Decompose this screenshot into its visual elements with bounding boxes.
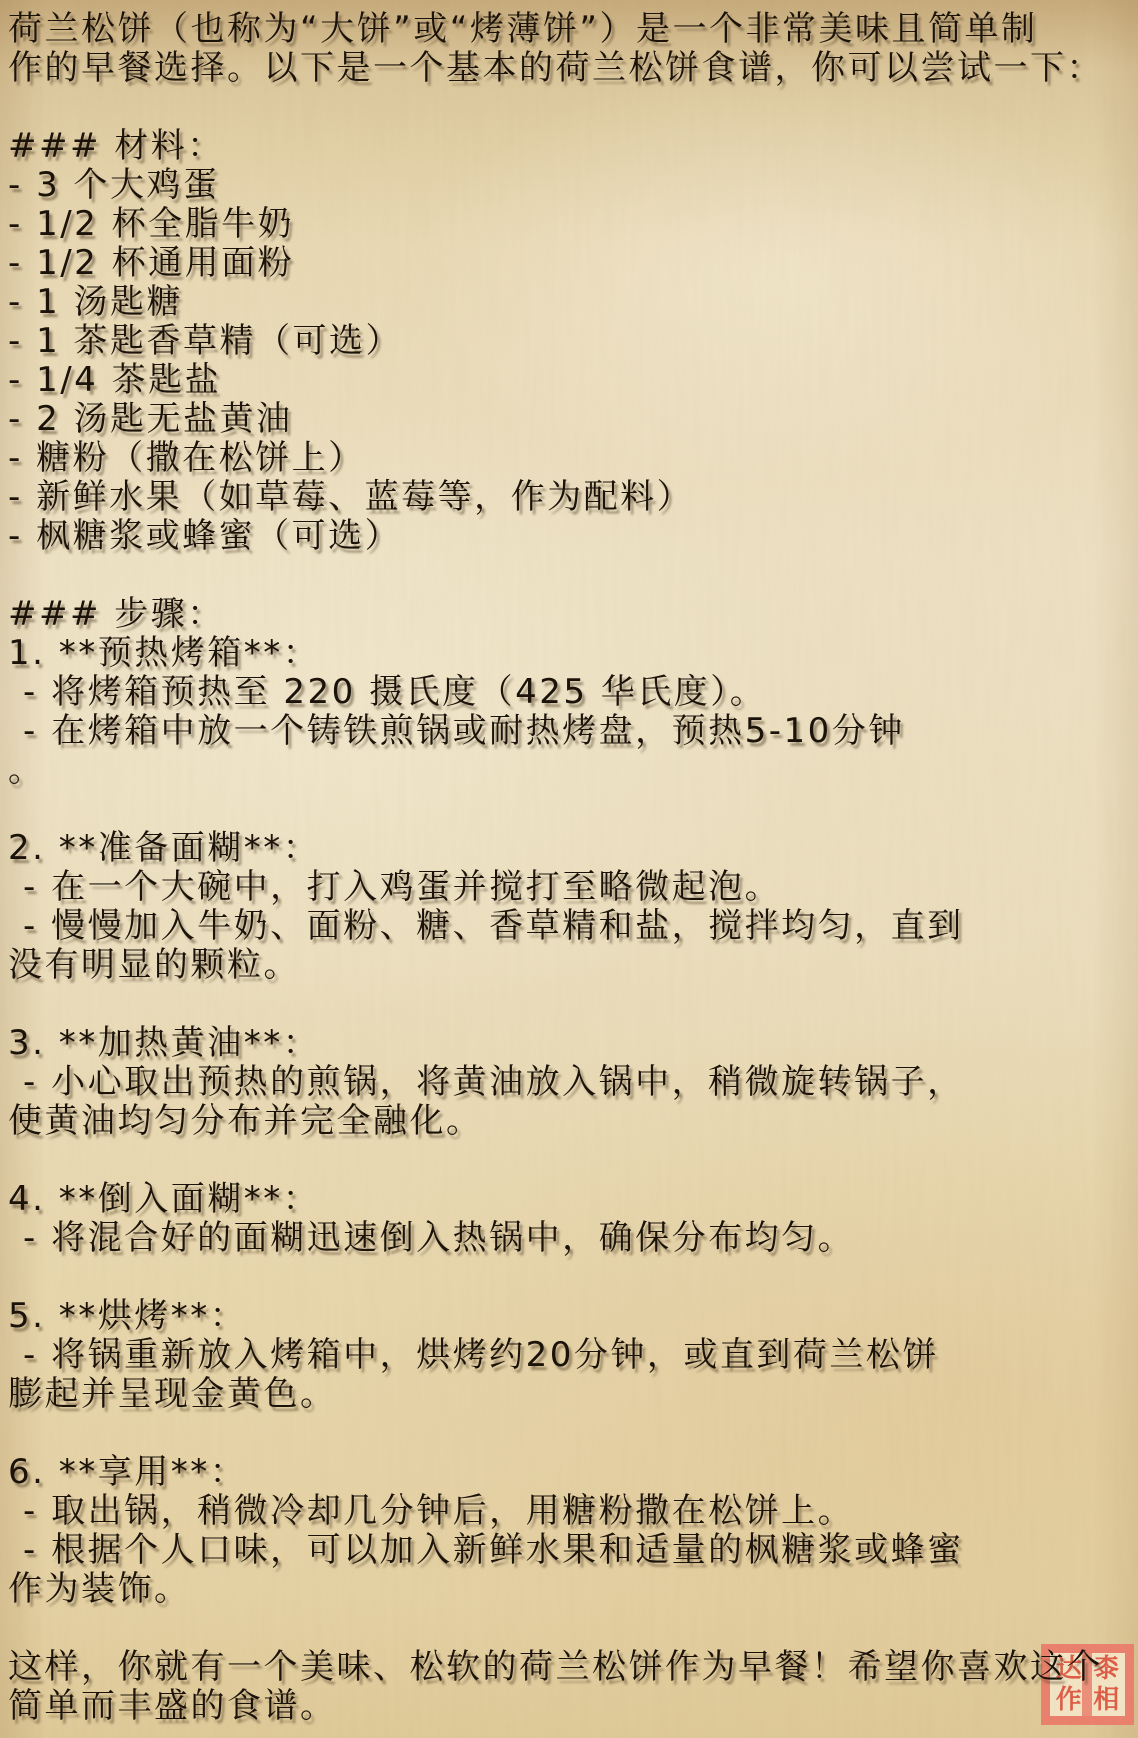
blank-line [8,88,1138,127]
blank-line [8,790,1138,829]
text-line: ### 材料： [8,127,1138,166]
text-line: - 将混合好的面糊迅速倒入热锅中，确保分布均匀。 [8,1219,1138,1258]
text-line: 3. **加热黄油**： [8,1024,1138,1063]
text-line: - 将烤箱预热至 220 摄氏度（425 华氏度）。 [8,673,1138,712]
text-line: 荷兰松饼（也称为“大饼”或“烤薄饼”）是一个非常美味且简单制 [8,10,1138,49]
text-line: 。 [8,751,1138,790]
text-line: - 取出锅，稍微冷却几分钟后，用糖粉撒在松饼上。 [8,1492,1138,1531]
text-line: - 枫糖浆或蜂蜜（可选） [8,517,1138,556]
text-line: - 在一个大碗中，打入鸡蛋并搅打至略微起泡。 [8,868,1138,907]
text-line: - 新鲜水果（如草莓、蓝莓等，作为配料） [8,478,1138,517]
blank-line [8,556,1138,595]
blank-line [8,1258,1138,1297]
text-line: - 1/2 杯全脂牛奶 [8,205,1138,244]
text-line: 作的早餐选择。以下是一个基本的荷兰松饼食谱，你可以尝试一下： [8,49,1138,88]
text-line: - 糖粉（撒在松饼上） [8,439,1138,478]
text-line: 6. **享用**： [8,1453,1138,1492]
text-line: - 将锅重新放入烤箱中，烘烤约20分钟，或直到荷兰松饼 [8,1336,1138,1375]
parchment-page: 达 桼 作 相 荷兰松饼（也称为“大饼”或“烤薄饼”）是一个非常美味且简单制作的… [0,0,1138,1738]
text-line: 5. **烘烤**： [8,1297,1138,1336]
text-line: 使黄油均匀分布并完全融化。 [8,1102,1138,1141]
text-line: - 3 个大鸡蛋 [8,166,1138,205]
text-line: - 在烤箱中放一个铸铁煎锅或耐热烤盘，预热5-10分钟 [8,712,1138,751]
text-line: - 1/2 杯通用面粉 [8,244,1138,283]
text-line: - 2 汤匙无盐黄油 [8,400,1138,439]
text-line: - 1/4 茶匙盐 [8,361,1138,400]
blank-line [8,985,1138,1024]
blank-line [8,1141,1138,1180]
text-line: - 1 汤匙糖 [8,283,1138,322]
text-line: 1. **预热烤箱**： [8,634,1138,673]
text-line: 膨起并呈现金黄色。 [8,1375,1138,1414]
text-line: 这样，你就有一个美味、松软的荷兰松饼作为早餐！希望你喜欢这个 [8,1648,1138,1687]
recipe-text: 荷兰松饼（也称为“大饼”或“烤薄饼”）是一个非常美味且简单制作的早餐选择。以下是… [8,10,1138,1726]
blank-line [8,1414,1138,1453]
text-line: 4. **倒入面糊**： [8,1180,1138,1219]
text-line: 没有明显的颗粒。 [8,946,1138,985]
text-line: 作为装饰。 [8,1570,1138,1609]
text-line: 简单而丰盛的食谱。 [8,1687,1138,1726]
text-line: - 根据个人口味，可以加入新鲜水果和适量的枫糖浆或蜂蜜 [8,1531,1138,1570]
blank-line [8,1609,1138,1648]
text-line: 2. **准备面糊**： [8,829,1138,868]
text-line: - 小心取出预热的煎锅，将黄油放入锅中，稍微旋转锅子， [8,1063,1138,1102]
text-line: - 慢慢加入牛奶、面粉、糖、香草精和盐，搅拌均匀，直到 [8,907,1138,946]
text-line: - 1 茶匙香草精（可选） [8,322,1138,361]
text-line: ### 步骤： [8,595,1138,634]
